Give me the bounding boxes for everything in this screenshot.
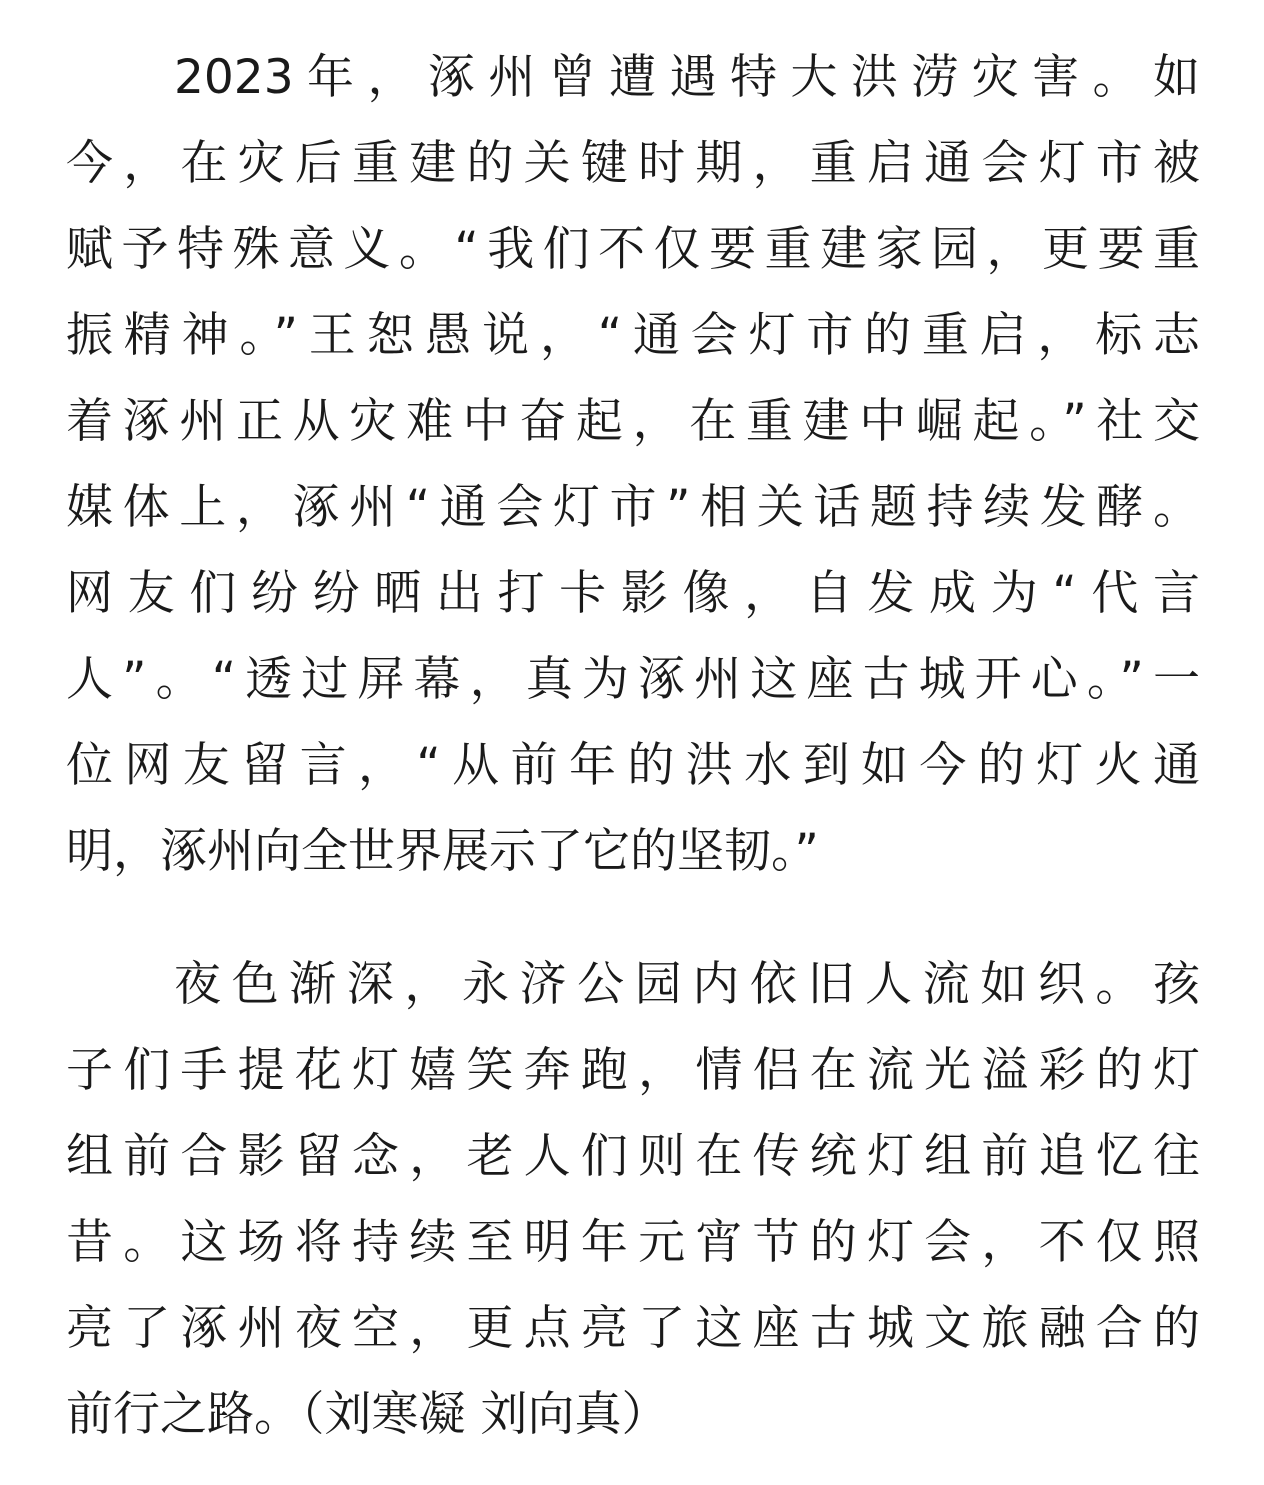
text-line: 媒体上，涿州“通会灯市”相关话题持续发酵。	[66, 478, 1200, 538]
text-line: 着涿州正从灾难中奋起，在重建中崛起。”社交	[66, 392, 1200, 452]
text-line: 2023年，涿州曾遭遇特大洪涝灾害。如	[174, 48, 1200, 108]
text-line: 振精神。”王恕愚说，“通会灯市的重启，标志	[66, 306, 1200, 366]
text-line: 明，涿州向全世界展示了它的坚韧。”	[66, 822, 1200, 882]
text-line: 夜色渐深，永济公园内依旧人流如织。孩	[174, 955, 1200, 1015]
text-line: 亮了涿州夜空，更点亮了这座古城文旅融合的	[66, 1299, 1200, 1359]
text-line: 赋予特殊意义。“我们不仅要重建家园，更要重	[66, 220, 1200, 280]
text-line: 组前合影留念，老人们则在传统灯组前追忆往	[66, 1127, 1200, 1187]
text-line: 人”。“透过屏幕，真为涿州这座古城开心。”一	[66, 650, 1200, 710]
text-line: 位网友留言，“从前年的洪水到如今的灯火通	[66, 736, 1200, 796]
text-line: 昔。这场将持续至明年元宵节的灯会，不仅照	[66, 1213, 1200, 1273]
text-line: 今，在灾后重建的关键时期，重启通会灯市被	[66, 134, 1200, 194]
text-line: 子们手提花灯嬉笑奔跑，情侣在流光溢彩的灯	[66, 1041, 1200, 1101]
text-line: 网友们纷纷晒出打卡影像，自发成为“代言	[66, 564, 1200, 624]
text-line-with-byline: 前行之路。（刘寒凝 刘向真）	[66, 1385, 1200, 1445]
